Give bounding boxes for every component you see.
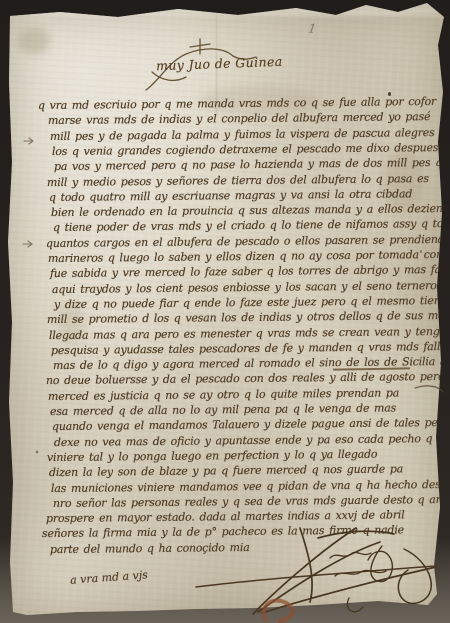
manuscript-line: mill pes y de pagada la palma y fuimos l… (50, 127, 442, 143)
manuscript-scan: { "folio_number": "1", "heading": { "tex… (0, 0, 450, 623)
manuscript-line: señores la firma mia y la de p° pacheco … (42, 524, 434, 540)
manuscript-line: pesquisa y ayudasse tales pescadores de … (51, 341, 443, 357)
manuscript-line: pa vos y merced pero q no pase lo hazien… (54, 157, 446, 173)
manuscript-line: los q venia grandes cogiendo detraxeme e… (52, 142, 444, 158)
manuscript-line: llegada mas q ara pero es menester q vra… (49, 325, 441, 341)
manuscript-line: viniere tal y lo ponga luego en perfecti… (47, 448, 439, 464)
manuscript-line: merced es justicia q no se ay otro q lo … (48, 387, 440, 403)
torn-edge-highlight (8, 3, 444, 16)
manuscript-line: fue sabida y vre merced lo faze saber q … (50, 264, 442, 280)
folio-number: 1 (307, 21, 317, 37)
manuscript-line: q vra md escriuio por q me manda vras md… (38, 96, 430, 112)
manuscript-line: mill se prometio d los q vesan los de in… (47, 310, 439, 326)
manuscript-line: quantos cargos en el albufera de pescado… (46, 234, 438, 250)
closing-line: a vra md a vjs (70, 568, 149, 586)
manuscript-paper: 1 muy Juo de Guinea q vra md escriuio po… (0, 0, 450, 623)
manuscript-line: dizen la ley son de blaze y pa q fuere m… (49, 463, 441, 479)
manuscript-line: dexe no vea mas de oficio y apuntasse en… (54, 433, 446, 449)
manuscript-line: mill y medio pesos y señores de tierra d… (47, 172, 439, 188)
manuscript-line: las municiones viniere mandamos vee q pi… (51, 478, 443, 494)
manuscript-line: q todo quatro mill ay escriuanse magras … (49, 188, 441, 204)
manuscript-line: parte del mundo q ha conoçido mia (50, 540, 442, 556)
manuscript-line: marse vras mds de indias y el conpelio d… (48, 111, 440, 127)
manuscript-line: aqui traydos y los cient pesos enbiosse … (52, 280, 444, 296)
manuscript-line: no deue boluersse y da el pescado con do… (46, 371, 438, 387)
manuscript-line: q tiene poder de vras mds y el criado q … (53, 218, 445, 234)
address-heading: muy Juo de Guinea (156, 54, 283, 73)
manuscript-line: nro señor las personas reales y q sea de… (53, 494, 445, 510)
manuscript-line: quando venga el mandamos Talauero y dize… (52, 417, 444, 433)
stain (18, 28, 50, 54)
